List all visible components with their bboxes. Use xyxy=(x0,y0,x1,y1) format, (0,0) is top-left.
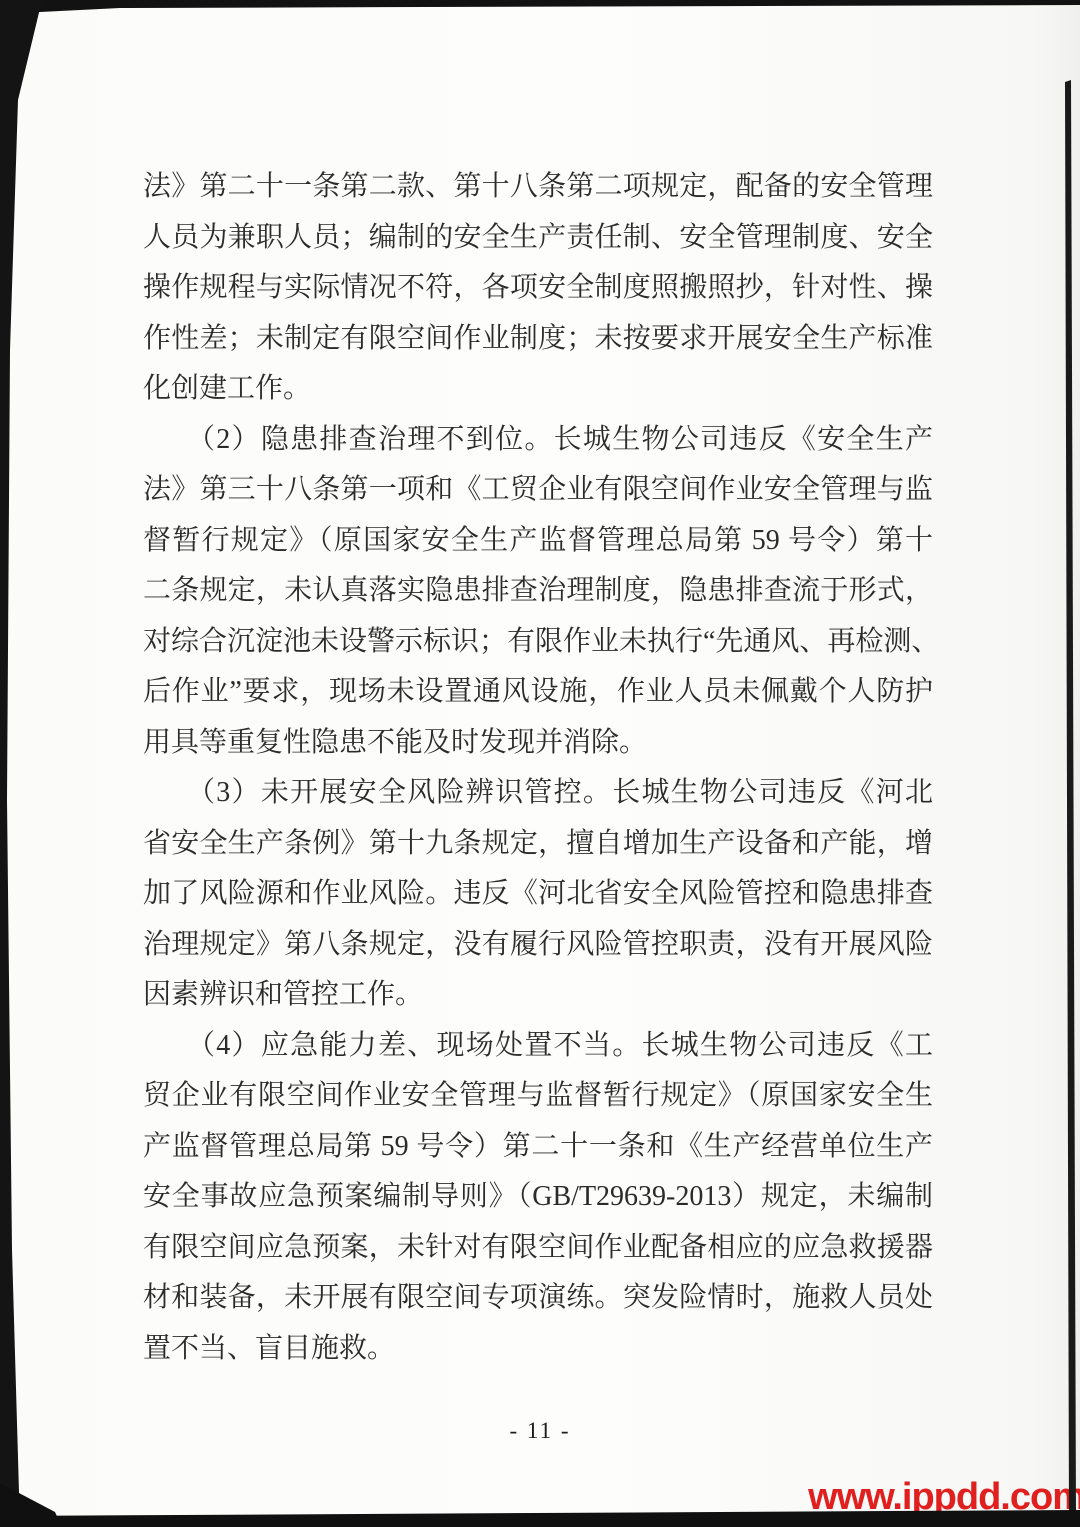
watermark: www.ippdd.com xyxy=(808,1476,1080,1519)
text-line: 法》第三十八条第一项和《工贸企业有限空间作业安全管理与监 xyxy=(143,465,933,516)
text-line: 贸企业有限空间作业安全管理与监督暂行规定》（原国家安全生 xyxy=(143,1071,933,1122)
scan-edge-left xyxy=(0,0,42,1527)
text-line: 加了风险源和作业风险。违反《河北省安全风险管控和隐患排查 xyxy=(143,869,933,920)
page-number: - 11 - xyxy=(0,1418,1080,1444)
text-line: （4）应急能力差、现场处置不当。长城生物公司违反《工 xyxy=(143,1021,933,1072)
text-line: 有限空间应急预案，未针对有限空间作业配备相应的应急救援器 xyxy=(143,1223,933,1274)
text-line: 省安全生产条例》第十九条规定，擅自增加生产设备和产能，增 xyxy=(143,819,933,870)
scan-edge-right xyxy=(1065,80,1076,1519)
text-line: 产监督管理总局第 59 号令）第二十一条和《生产经营单位生产 xyxy=(143,1122,933,1173)
text-line: 置不当、盲目施救。 xyxy=(143,1324,933,1375)
text-line: （3）未开展安全风险辨识管控。长城生物公司违反《河北 xyxy=(143,768,933,819)
text-line: 二条规定，未认真落实隐患排查治理制度，隐患排查流于形式， xyxy=(143,566,933,617)
text-line: 安全事故应急预案编制导则》（GB/T29639-2013）规定，未编制 xyxy=(143,1172,933,1223)
text-line: （2）隐患排查治理不到位。长城生物公司违反《安全生产 xyxy=(143,415,933,466)
text-line: 材和装备，未开展有限空间专项演练。突发险情时，施救人员处 xyxy=(143,1273,933,1324)
text-line: 因素辨识和管控工作。 xyxy=(143,970,933,1021)
text-line: 督暂行规定》（原国家安全生产监督管理总局第 59 号令）第十 xyxy=(143,516,933,567)
text-line: 法》第二十一条第二款、第十八条第二项规定，配备的安全管理 xyxy=(143,162,933,213)
text-line: 操作规程与实际情况不符，各项安全制度照搬照抄，针对性、操 xyxy=(143,263,933,314)
scan-edge-top xyxy=(0,0,1080,14)
text-line: 后作业”要求，现场未设置通风设施，作业人员未佩戴个人防护 xyxy=(143,667,933,718)
document-body: 法》第二十一条第二款、第十八条第二项规定，配备的安全管理 人员为兼职人员；编制的… xyxy=(143,162,933,1374)
scan-edge-bottom-left xyxy=(0,1483,62,1527)
text-line: 化创建工作。 xyxy=(143,364,933,415)
scanned-document-page: 法》第二十一条第二款、第十八条第二项规定，配备的安全管理 人员为兼职人员；编制的… xyxy=(0,0,1080,1527)
text-line: 作性差；未制定有限空间作业制度；未按要求开展安全生产标准 xyxy=(143,314,933,365)
text-line: 对综合沉淀池未设警示标识；有限作业未执行“先通风、再检测、 xyxy=(143,617,933,668)
text-line: 治理规定》第八条规定，没有履行风险管控职责，没有开展风险 xyxy=(143,920,933,971)
text-line: 用具等重复性隐患不能及时发现并消除。 xyxy=(143,718,933,769)
text-line: 人员为兼职人员；编制的安全生产责任制、安全管理制度、安全 xyxy=(143,213,933,264)
